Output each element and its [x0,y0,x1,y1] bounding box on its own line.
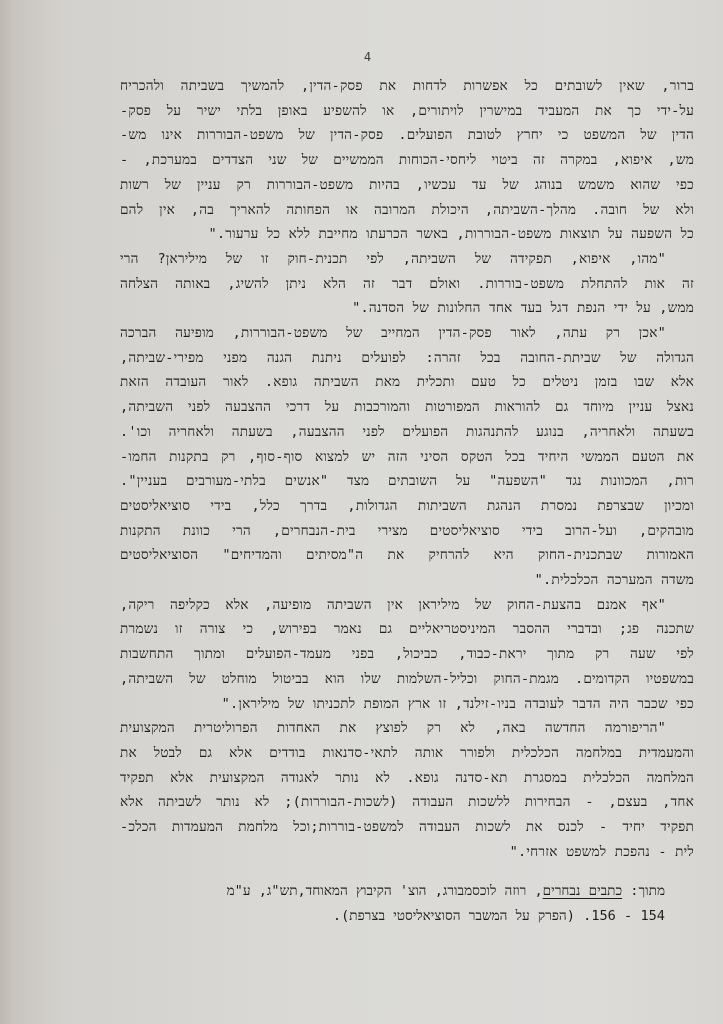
text-line: ממש, על ידי הנפת דגל בעד אחד החלונות של … [120,296,694,321]
text-line: מש, איפוא, במקרה זה ביטוי ליחסי-הכוחות ה… [120,148,694,173]
body-text: ברור, שאין לשובתים כל אפשרות לדחות את פס… [120,74,694,865]
text-line: והמעמדית במלחמה הכלכלית ולפורר אותה לתאי… [120,741,694,766]
source-line-2: 154 - 156. (הפרק על המשבר הסוציאליסטי בצ… [120,904,665,929]
text-line: לפי שעה רק מתוך יראת-כבוד, כביכול, בפני … [120,642,694,667]
text-line: תפקיד יחיד - לכנס את לשכות העבודה למשפט-… [120,815,694,840]
source-prefix: מתוך: [622,883,665,899]
text-line: ולא של חובה. מהלך-השביתה, היכולת המרובה … [120,198,694,223]
text-line: נאצל עניין מיוחד גם להוראות המפורטות והמ… [120,395,694,420]
text-line: ומכיון שבצרפת נמסרת הנהגת השביתות הגדולו… [120,494,694,519]
text-line: אחד, בעצם, - הבחירות ללשכות העבודה (לשכו… [120,790,694,815]
source-details: , רוזה לוכסמבורג, הוצ' הקיבוץ המאוחד,תש"… [227,883,543,899]
text-line: אלא שבו בזמן ניטלים כל טעם ותכלית מאת הש… [120,370,694,395]
text-line: מובהקים, ועל-הרוב בידי סוציאליסטים מצירי… [120,519,694,544]
text-line: על-ידי כך את המעביד במישרין לויתורים, או… [120,99,694,124]
text-line: "אף אמנם בהצעת-החוק של מיליראן אין השבית… [120,593,694,618]
paragraph: "הריפורמה החדשה באה, לא רק לפוצץ את האחד… [120,716,694,864]
source-book-title: כתבים נבחרים [543,883,622,899]
text-line: כפי שכבר היה הדבר לעובדה בניו-זילנד, זו … [120,692,694,717]
source-citation: מתוך: כתבים נבחרים, רוזה לוכסמבורג, הוצ'… [120,879,665,929]
text-line: את הטעם הממשי היחיד בכל הטקס הסיני הזה י… [120,445,694,470]
text-line: זה אות להתחלת משפט-בוררות. ואולם דבר זה … [120,272,694,297]
text-line: כפי שהוא משמש בנוהג של עד עכשיו, בהיות מ… [120,173,694,198]
text-line: לית - נהפכת למשפט אזרחי." [120,840,694,865]
text-line: במשפטיו הקדומים. מגמת-החוק וכליל-השלמות … [120,667,694,692]
text-line: הגדולה של שביתת-החובה בכל זהרה: לפועלים … [120,346,694,371]
text-line: האמורות שבתכנית-החוק היא להרחיק את ה"מסי… [120,543,694,568]
paragraph: "אף אמנם בהצעת-החוק של מיליראן אין השבית… [120,593,694,717]
text-line: בשעתה ולאחריה, בנוגע להתנהגות הפועלים לפ… [120,420,694,445]
paragraph: "מהו, איפוא, תפקידה של השביתה, לפי תכנית… [120,247,694,321]
text-line: שתכנה פג; ובדברי ההסבר המיניסטריאליים גם… [120,617,694,642]
text-line: רות, המכוונות נגד "השפעה" על השובתים מצד… [120,469,694,494]
paragraph: ברור, שאין לשובתים כל אפשרות לדחות את פס… [120,74,694,247]
text-line: כל השפעה על תוצאות משפט-הבוררות, באשר הכ… [120,222,694,247]
text-line: המלחמה הכלכלית במסגרת תא-סדנה גופא. לא נ… [120,766,694,791]
text-line: "אכן רק עתה, לאור פסק-הדין המחייב של משפ… [120,321,694,346]
text-line: ברור, שאין לשובתים כל אפשרות לדחות את פס… [120,74,694,99]
text-line: "מהו, איפוא, תפקידה של השביתה, לפי תכנית… [120,247,694,272]
scanned-page: 4 ברור, שאין לשובתים כל אפשרות לדחות את … [0,0,723,1024]
page-number: 4 [0,50,723,64]
source-line-1: מתוך: כתבים נבחרים, רוזה לוכסמבורג, הוצ'… [120,879,665,904]
paragraph: "אכן רק עתה, לאור פסק-הדין המחייב של משפ… [120,321,694,593]
text-line: הדין של המשפט כי יחרץ לטובת הפועלים. פסק… [120,123,694,148]
text-line: משדה המערכה הכלכלית." [120,568,694,593]
text-line: "הריפורמה החדשה באה, לא רק לפוצץ את האחד… [120,716,694,741]
